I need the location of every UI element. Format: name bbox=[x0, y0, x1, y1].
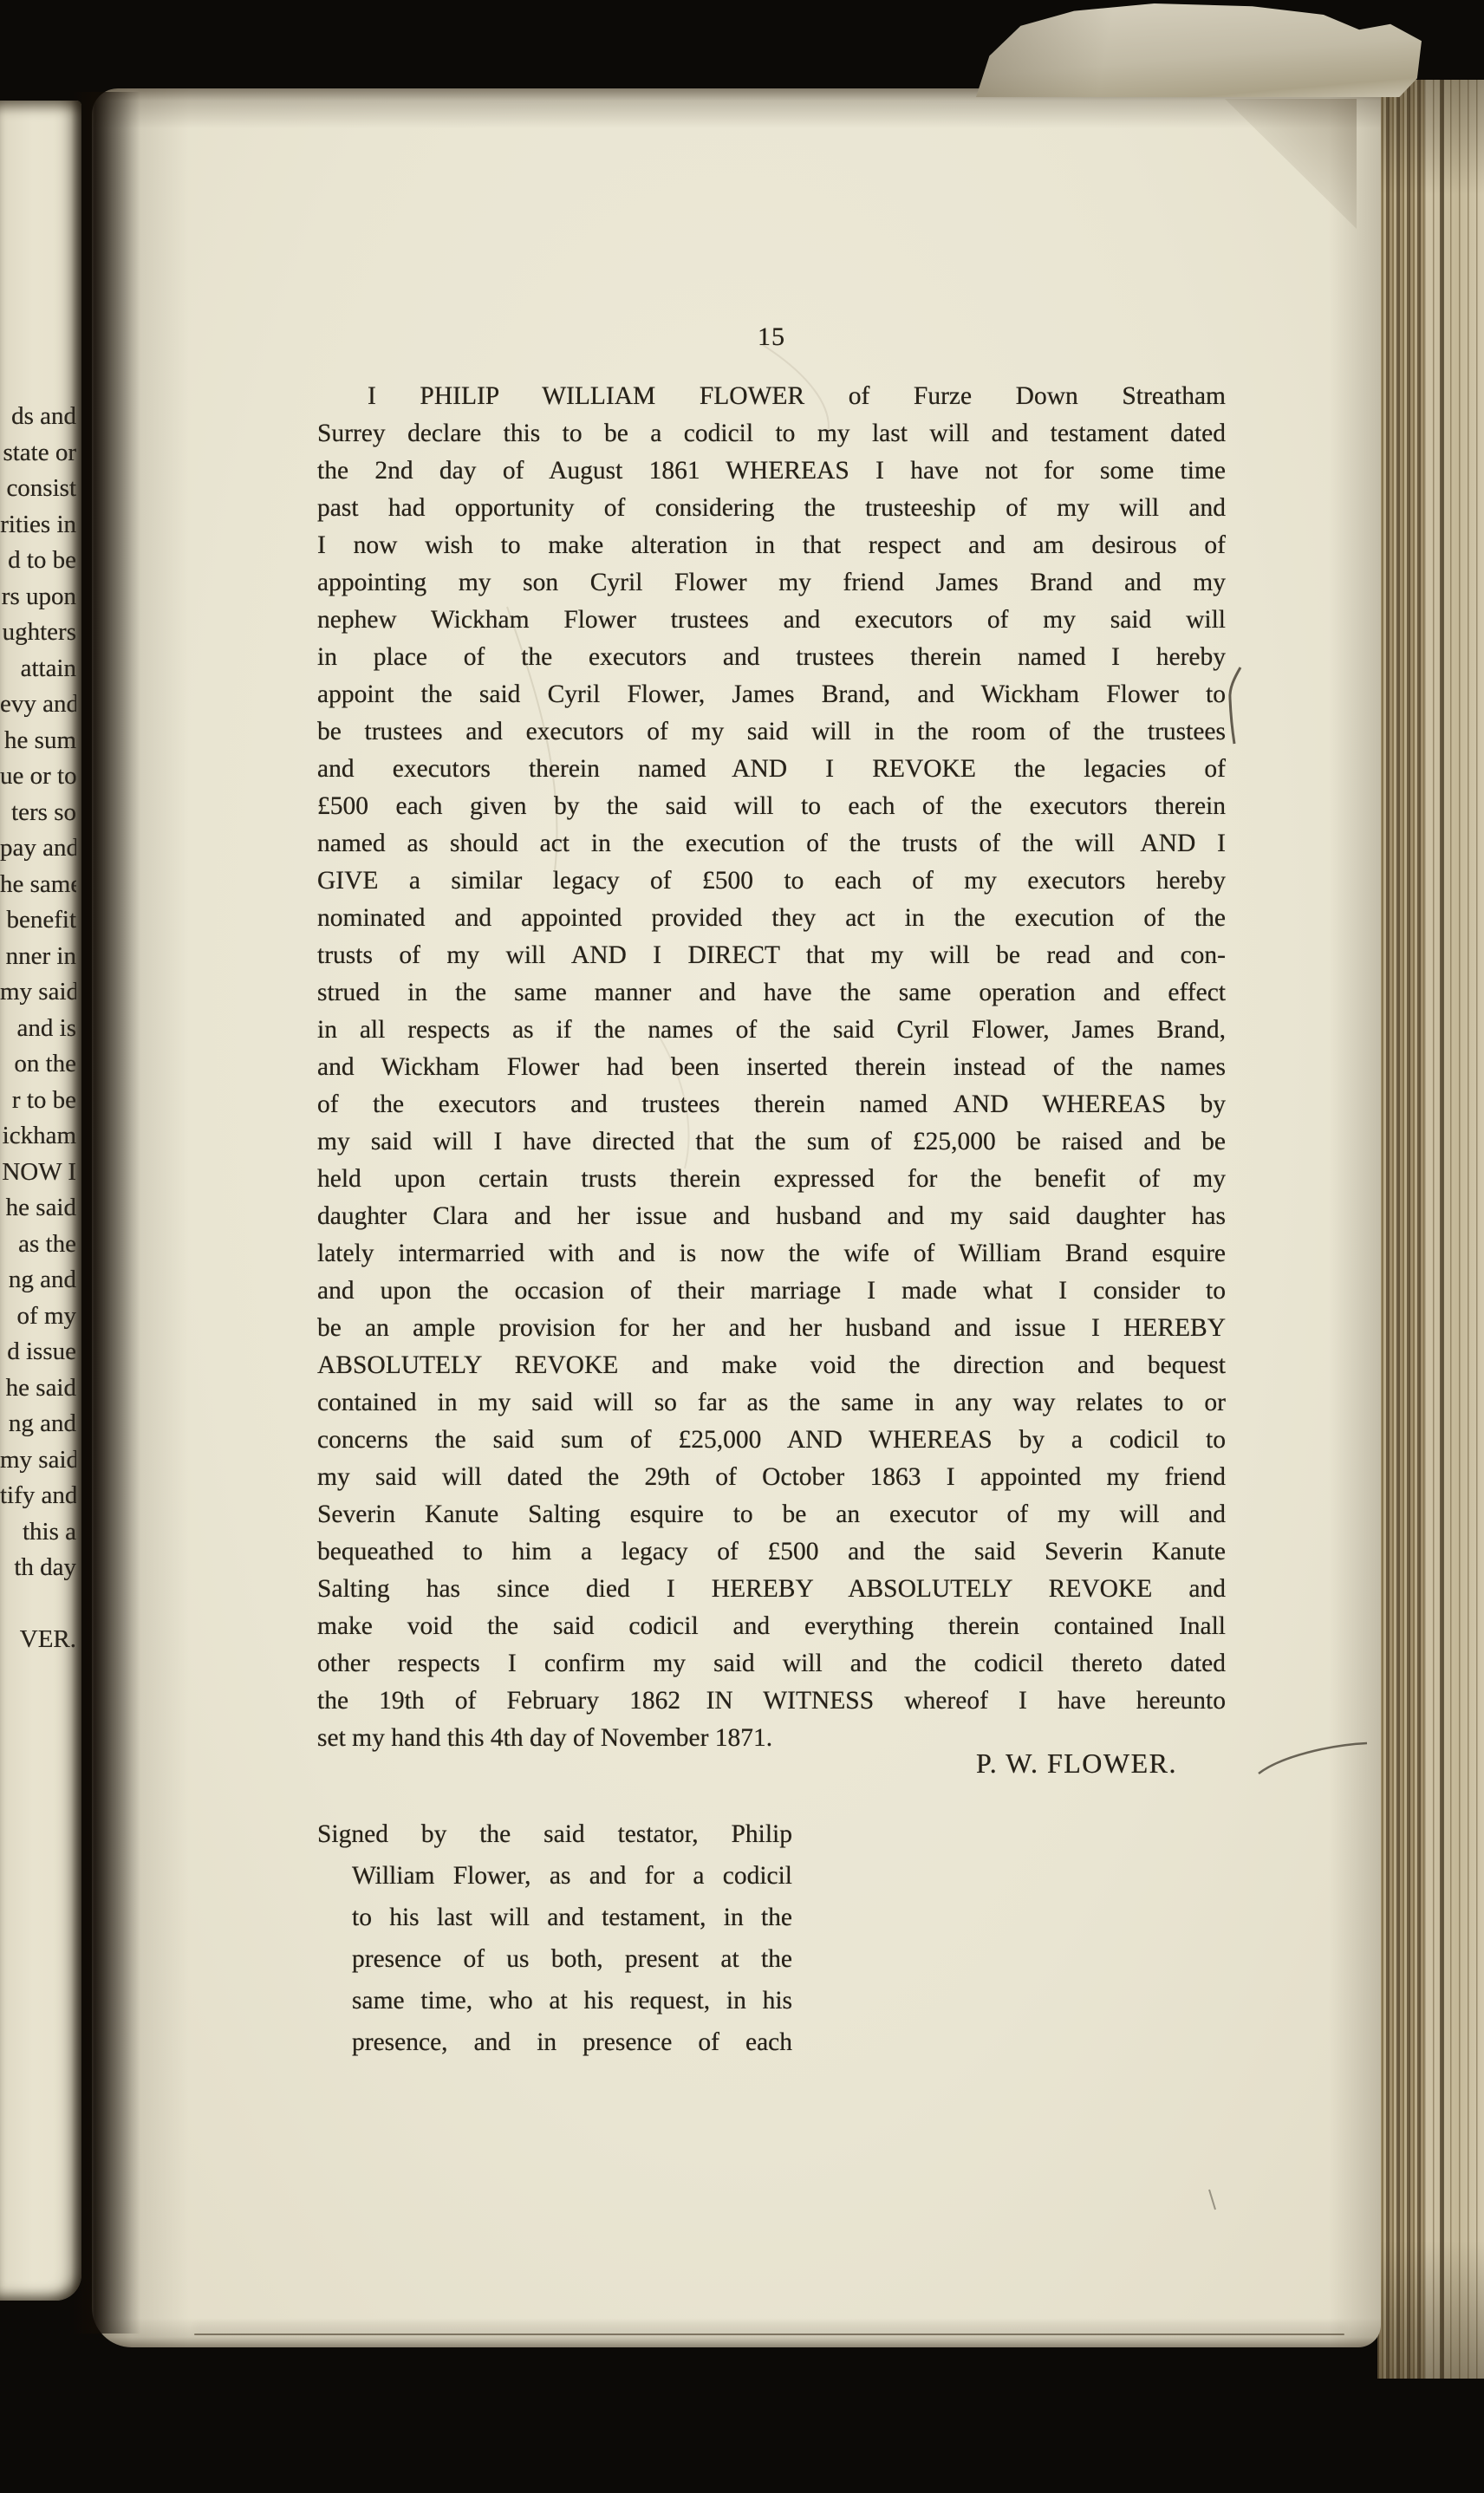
facing-page-fragment-line: evy and bbox=[0, 687, 76, 723]
facing-page-fragment-line: pay and bbox=[0, 830, 76, 867]
facing-page-fragment-line: d issue bbox=[0, 1334, 76, 1370]
fore-edge-shading bbox=[1377, 80, 1484, 2379]
codicil-line: and upon the occasion of their marriage … bbox=[317, 1277, 1226, 1314]
facing-page-fragment-line: he said bbox=[0, 1370, 76, 1407]
attestation-line: presence, and in presence of each bbox=[317, 2028, 792, 2070]
facing-page-fragment-line: ng and bbox=[0, 1262, 76, 1299]
codicil-line: nephew Wickham Flower trustees and execu… bbox=[317, 606, 1226, 643]
facing-page-fragment-line: he same bbox=[0, 867, 76, 903]
codicil-line: ABSOLUTELY REVOKE and make void the dire… bbox=[317, 1351, 1226, 1389]
codicil-line: my said will I have directed that the su… bbox=[317, 1128, 1226, 1165]
fore-edge-pages bbox=[1377, 80, 1484, 2379]
codicil-line: appointing my son Cyril Flower my friend… bbox=[317, 569, 1226, 606]
facing-page-fragment-line: d to be bbox=[0, 543, 76, 579]
codicil-line: £500 each given by the said will to each… bbox=[317, 792, 1226, 830]
facing-page-fragment-line: ue or to bbox=[0, 758, 76, 795]
facing-page-fragment-line: my said bbox=[0, 1442, 76, 1479]
codicil-line: daughter Clara and her issue and husband… bbox=[317, 1202, 1226, 1240]
page-corner-crease bbox=[1225, 99, 1357, 229]
facing-page-edge: ds andstate orconsistrities ind to bers … bbox=[0, 101, 81, 2301]
facing-page-fragment-line: my said bbox=[0, 974, 76, 1011]
facing-page-fragment-line: he said bbox=[0, 1190, 76, 1227]
codicil-line: and Wickham Flower had been inserted the… bbox=[317, 1053, 1226, 1090]
codicil-line: Surrey declare this to be a codicil to m… bbox=[317, 420, 1226, 457]
facing-page-fragment-line: state or bbox=[0, 435, 76, 472]
attestation-line: same time, who at his request, in his bbox=[317, 1987, 792, 2028]
facing-page-fragment-line: he sum bbox=[0, 723, 76, 759]
codicil-line: trusts of my will AND I DIRECT that my w… bbox=[317, 941, 1226, 979]
codicil-line: Salting has since died I HEREBY ABSOLUTE… bbox=[317, 1575, 1226, 1612]
attestation-clause: Signed by the said testator, PhilipWilli… bbox=[317, 1820, 792, 2070]
facing-page-fragment-line: NOW I bbox=[0, 1155, 76, 1191]
facing-page-fragment-line: ds and bbox=[0, 399, 76, 435]
facing-page-fragment-line: and is bbox=[0, 1011, 76, 1047]
facing-page-fragment-line: ters so bbox=[0, 795, 76, 831]
facing-page-fragment-line: tify and bbox=[0, 1478, 76, 1514]
folded-page-corner bbox=[976, 3, 1422, 97]
codicil-line: make void the said codicil and everythin… bbox=[317, 1612, 1226, 1650]
codicil-line: named as should act in the execution of … bbox=[317, 830, 1226, 867]
facing-page-fragment-line: ickham bbox=[0, 1118, 76, 1155]
codicil-line: Severin Kanute Salting esquire to be an … bbox=[317, 1500, 1226, 1538]
codicil-line: other respects I confirm my said will an… bbox=[317, 1650, 1226, 1687]
codicil-line: appoint the said Cyril Flower, James Bra… bbox=[317, 680, 1226, 718]
facing-page-fragment-line: consist bbox=[0, 471, 76, 507]
codicil-line: contained in my said will so far as the … bbox=[317, 1389, 1226, 1426]
facing-page-fragment-line: of my bbox=[0, 1299, 76, 1335]
attestation-line: to his last will and testament, in the bbox=[317, 1904, 792, 1945]
facing-page-fragment-line: as the bbox=[0, 1227, 76, 1263]
attestation-line: William Flower, as and for a codicil bbox=[317, 1862, 792, 1904]
codicil-line: bequeathed to him a legacy of £500 and t… bbox=[317, 1538, 1226, 1575]
facing-page-fragments: ds andstate orconsistrities ind to bers … bbox=[0, 399, 76, 1658]
facing-page-fragment-line: attain bbox=[0, 651, 76, 687]
codicil-line: in place of the executors and trustees t… bbox=[317, 643, 1226, 680]
testator-signature: P. W. FLOWER. bbox=[317, 1748, 1226, 1780]
codicil-line: and executors therein named AND I REVOKE… bbox=[317, 755, 1226, 792]
codicil-line: GIVE a similar legacy of £500 to each of… bbox=[317, 867, 1226, 904]
codicil-line: the 19th of February 1862 IN WITNESS whe… bbox=[317, 1687, 1226, 1724]
codicil-line: lately intermarried with and is now the … bbox=[317, 1240, 1226, 1277]
facing-page-fragment-line: th day bbox=[0, 1550, 76, 1586]
codicil-line: past had opportunity of considering the … bbox=[317, 494, 1226, 531]
attestation-line: presence of us both, present at the bbox=[317, 1945, 792, 1987]
facing-page-fragment-line: rs upon bbox=[0, 579, 76, 615]
codicil-line: I PHILIP WILLIAM FLOWER of Furze Down St… bbox=[317, 382, 1226, 420]
facing-page-fragment-line: on the bbox=[0, 1046, 76, 1083]
book-page: 15 I PHILIP WILLIAM FLOWER of Furze Down… bbox=[92, 88, 1381, 2347]
codicil-line: be trustees and executors of my said wil… bbox=[317, 718, 1226, 755]
codicil-line: held upon certain trusts therein express… bbox=[317, 1165, 1226, 1202]
codicil-line: strued in the same manner and have the s… bbox=[317, 979, 1226, 1016]
codicil-line: of the executors and trustees therein na… bbox=[317, 1090, 1226, 1128]
book-photo: { "page": { "number": "15", "body_lines"… bbox=[0, 0, 1484, 2493]
codicil-text: I PHILIP WILLIAM FLOWER of Furze Down St… bbox=[317, 382, 1226, 1761]
facing-page-fragment-line: ughters bbox=[0, 615, 76, 651]
codicil-line: my said will dated the 29th of October 1… bbox=[317, 1463, 1226, 1500]
facing-page-fragment-line: benefit bbox=[0, 902, 76, 939]
facing-page-fragment-line: this a bbox=[0, 1514, 76, 1551]
codicil-line: nominated and appointed provided they ac… bbox=[317, 904, 1226, 941]
codicil-line: in all respects as if the names of the s… bbox=[317, 1016, 1226, 1053]
codicil-line: be an ample provision for her and her hu… bbox=[317, 1314, 1226, 1351]
codicil-line: the 2nd day of August 1861 WHEREAS I hav… bbox=[317, 457, 1226, 494]
facing-page-fragment-line: r to be bbox=[0, 1083, 76, 1119]
facing-page-fragment-line bbox=[0, 1586, 76, 1623]
attestation-line: Signed by the said testator, Philip bbox=[317, 1820, 792, 1862]
facing-page-fragment-line: VER. bbox=[0, 1622, 76, 1658]
facing-page-fragment-line: rities in bbox=[0, 507, 76, 544]
codicil-line: concerns the said sum of £25,000 AND WHE… bbox=[317, 1426, 1226, 1463]
codicil-line: I now wish to make alteration in that re… bbox=[317, 531, 1226, 569]
facing-page-fragment-line: ng and bbox=[0, 1406, 76, 1442]
facing-page-fragment-line: nner in bbox=[0, 939, 76, 975]
page-number: 15 bbox=[317, 322, 1226, 352]
